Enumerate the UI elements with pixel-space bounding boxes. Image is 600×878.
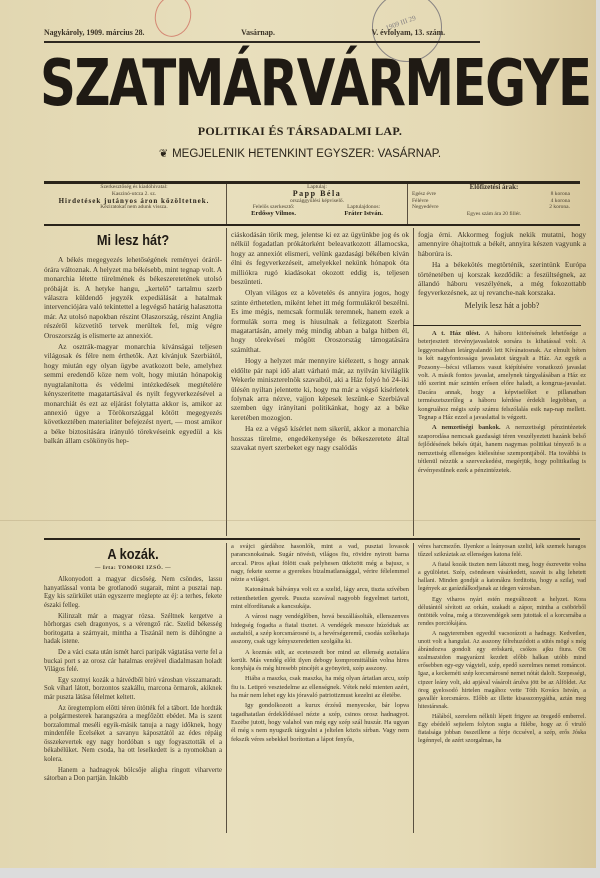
article-a-kozak-col2: a svájci gárdához hasonlók, mint a vad, … <box>231 543 409 833</box>
paragraph: Az öregtemplom előtti téren ütötték fel … <box>44 705 222 765</box>
closing-question: Melyik lesz hát a jobb? <box>418 301 586 310</box>
paragraph: A fiatal kozák tiszten nem látszott meg,… <box>418 561 586 593</box>
paragraph: Ha ez a végső kísérlet nem sikerül, akko… <box>231 424 409 452</box>
paragraph: Hiába a maszka, csak maszka, ha még olya… <box>231 675 409 700</box>
article-title: Mi lesz hát? <box>57 236 208 245</box>
dateline: Nagykároly, 1909. március 28. Vasárnap. … <box>44 27 445 37</box>
paragraph: Egy szotnyi kozák a hátvédből bíró város… <box>44 677 222 703</box>
article-byline: — Irta: TOMORI IZSÓ. — <box>44 564 222 573</box>
paragraph: Hogy a helyzet már mennyire kiélezett, s… <box>231 356 409 422</box>
news-briefs: A t. Ház ülést. A háboru kitörésének leh… <box>418 330 586 536</box>
paragraph: Ha a békekötés megtörténik, szerintünk E… <box>418 260 586 298</box>
news-headline: A nemzetiségi bankok. <box>432 424 501 431</box>
subscription-prices: Előfizetési árak: Egész évre8 korona Fél… <box>408 184 580 224</box>
paragraph: Egy viharos nyári estén megváltozott a h… <box>418 596 586 628</box>
paragraph: A békés megegyezés lehetőségének reménye… <box>44 255 222 340</box>
price-period: Negyedévre <box>412 204 439 211</box>
publication-frequency: ❦MEGJELENIK HETENKINT EGYSZER: VASÁRNAP. <box>0 147 596 160</box>
price-period: Félévre <box>412 198 429 205</box>
info-rule <box>44 224 580 226</box>
price-value: 8 korona <box>551 191 570 198</box>
column-divider <box>226 228 227 536</box>
paragraph: Olyan világos ez a követelés és annyira … <box>231 288 409 354</box>
paragraph: ciáskodásán törik meg, jelentse ki ez az… <box>231 230 409 286</box>
prices-heading: Előfizetési árak: <box>408 184 580 191</box>
price-row: Egész évre8 korona <box>408 191 580 198</box>
paragraph: véres harcmezőn. Ilyenkor a leányosan sz… <box>418 543 586 559</box>
owner-name: Papp Béla <box>227 191 407 198</box>
masthead-title: SZATMÁRVÁRMEGYE <box>40 51 563 117</box>
column-divider <box>413 543 414 833</box>
paragraph: Katonáinak bálványa volt ez a szelid, lá… <box>231 586 409 611</box>
price-value: 2 korona. <box>549 204 570 211</box>
news-separator <box>413 325 581 326</box>
price-row: Félévre4 korona <box>408 198 580 205</box>
article-mi-lesz-hat-col2: ciáskodásán törik meg, jelentse ki ez az… <box>231 230 409 536</box>
weekday: Vasárnap. <box>241 27 275 37</box>
paragraph: A nagyteremben egyedül vacsorázott a had… <box>418 630 586 711</box>
single-issue-price: Egyes szám ára 20 fillér. <box>408 211 580 218</box>
article-mi-lesz-hat-col3: fogja érni. Akkormeg fogjuk nekik mutatn… <box>418 230 586 325</box>
masthead-subtitle: POLITIKAI ÉS TÁRSADALMI LAP. <box>0 124 596 139</box>
owner-role: országgyűlési képviselő. <box>227 198 407 205</box>
article-a-kozak-col1: A kozák. — Irta: TOMORI IZSÓ. — Alkonyod… <box>44 543 222 833</box>
column-divider <box>226 543 227 833</box>
paragraph: a svájci gárdához hasonlók, mint a vad, … <box>231 543 409 584</box>
office-info: Szerkesztőség és kiadóhivatal: Kaszinó-u… <box>44 184 224 224</box>
column-divider <box>413 228 414 536</box>
ads-notice: Hirdetések jutányos áron közöltetnek. <box>44 198 224 205</box>
paragraph: Alkonyodott a magyar dicsőség. Nem csönd… <box>44 576 222 610</box>
paragraph: Kilinzalt már a magyar rózsa. Széltnek k… <box>44 613 222 647</box>
editor-name: Erdőssy Vilmos. <box>251 210 296 217</box>
paragraph: A városi nagy vendéglőben, hová beszállá… <box>231 613 409 646</box>
newspaper-page: 1909 III 29 Nagykároly, 1909. március 28… <box>0 0 596 868</box>
paragraph: De a váci csata után ismét harci paripák… <box>44 649 222 675</box>
section-rule <box>44 538 580 540</box>
news-text: A háboru kitörésének lehetősége a beterj… <box>418 330 586 421</box>
top-rule <box>44 41 480 43</box>
news-headline: A t. Ház ülést. <box>432 330 480 337</box>
volume-issue: V. évfolyam, 13. szám. <box>372 27 445 37</box>
manuscript-notice: Kéziratokat nem adunk vissza. <box>44 204 224 211</box>
place-date: Nagykároly, 1909. március 28. <box>44 27 145 37</box>
publisher-name: Fráter István. <box>344 210 383 217</box>
article-a-kozak-col3: véres harcmezőn. Ilyenkor a leányosan sz… <box>418 543 586 833</box>
paragraph: fogja érni. Akkormeg fogjuk nekik mutatn… <box>418 230 586 258</box>
paragraph: Hálából, szerelem nélküli lépett frigyre… <box>418 713 586 745</box>
paragraph: Igy gondolkozott a kurux érzésű menyecsk… <box>231 702 409 743</box>
frequency-text: MEGJELENIK HETENKINT EGYSZER: VASÁRNAP. <box>172 148 441 160</box>
editorial-info: Laptulaj: Papp Béla országgyűlési képvis… <box>226 184 408 224</box>
paragraph: Az osztrák-magyar monarchia kívánságai t… <box>44 342 222 445</box>
paragraph: A kozmás sült, az eceteszedt bor mind az… <box>231 649 409 674</box>
paragraph: Hanem a hadnagyok bölcsője aligha ringot… <box>44 767 222 784</box>
article-mi-lesz-hat-col1: Mi lesz hát? A békés megegyezés lehetősé… <box>44 228 222 536</box>
news-text: A nemzetiségi pénzintézetek szaporodása … <box>418 424 586 473</box>
article-title: A kozák. <box>57 551 208 560</box>
office-label: Szerkesztőség és kiadóhivatal: <box>44 184 224 191</box>
price-value: 4 korona <box>551 198 570 205</box>
ornament-icon: ❦ <box>159 148 168 160</box>
price-period: Egész évre <box>412 191 436 198</box>
